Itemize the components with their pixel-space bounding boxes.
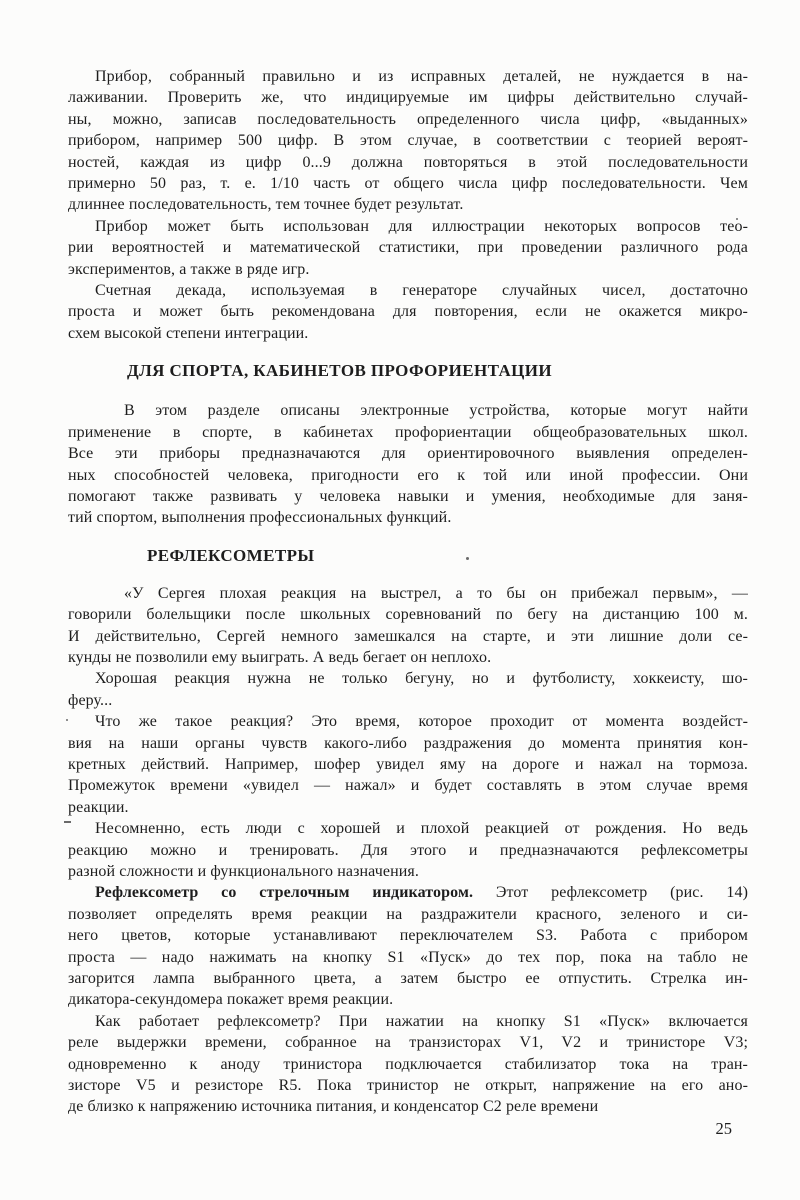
text-line: проста — надо нажимать на кнопку S1 «Пус… bbox=[68, 947, 748, 968]
section-heading-sport: ДЛЯ СПОРТА, КАБИНЕТОВ ПРОФОРИЕНТАЦИИ bbox=[127, 360, 748, 382]
text-line: реакции. bbox=[68, 797, 748, 818]
text-line: вия на наши органы чувств какого-либо ра… bbox=[68, 733, 748, 754]
bold-lead-reflexometer: Рефлексометр со стрелочным индикатором. bbox=[95, 884, 473, 901]
text-line: длиннее последовательность, тем точнее б… bbox=[68, 194, 748, 215]
section-heading-reflexometers: РЕФЛЕКСОМЕТРЫ bbox=[147, 545, 748, 567]
scan-speck bbox=[64, 821, 71, 823]
text-line: де близко к напряжению источника питания… bbox=[68, 1096, 748, 1117]
text-line: разной сложности и функционального назна… bbox=[68, 861, 748, 882]
text-line: лаживании. Проверить же, что индицируемы… bbox=[68, 87, 748, 108]
text-line: В этом разделе описаны электронные устро… bbox=[68, 400, 748, 421]
text-line: экспериментов, а также в ряде игр. bbox=[68, 259, 748, 280]
text-line: него цветов, которые устанавливают перек… bbox=[68, 925, 748, 946]
text-line: ны, можно, записав последовательность оп… bbox=[68, 109, 748, 130]
scan-speck bbox=[466, 557, 469, 560]
text-line: кретных действий. Например, шофер увидел… bbox=[68, 754, 748, 775]
text-column: Прибор, собранный правильно и из исправн… bbox=[68, 66, 748, 1139]
text-line: Что же такое реакция? Это время, которое… bbox=[68, 711, 748, 732]
text-line: реле выдержки времени, собранное на тран… bbox=[68, 1032, 748, 1053]
text-line: проста и может быть рекомендована для по… bbox=[68, 301, 748, 322]
text-line: реакцию можно и тренировать. Для этого и… bbox=[68, 840, 748, 861]
text-line: Хорошая реакция нужна не только бегуну, … bbox=[68, 668, 748, 689]
paragraph-counting-decade: Счетная декада, используемая в генератор… bbox=[68, 280, 748, 344]
paragraph-sport-intro: В этом разделе описаны электронные устро… bbox=[68, 400, 748, 528]
book-page: Прибор, собранный правильно и из исправн… bbox=[0, 0, 800, 1200]
text-line: говорили болельщики после школьных сорев… bbox=[68, 604, 748, 625]
text-line: ностей, каждая из цифр 0...9 должна повт… bbox=[68, 152, 748, 173]
paragraph-sergey-story: «У Сергея плохая реакция на выстрел, а т… bbox=[68, 583, 748, 669]
page-number: 25 bbox=[68, 1118, 748, 1139]
text-line: «У Сергея плохая реакция на выстрел, а т… bbox=[68, 583, 748, 604]
paragraph-how-it-works: Как работает рефлексометр? При нажатии н… bbox=[68, 1011, 748, 1118]
scan-speck bbox=[736, 218, 738, 220]
text-line: И действительно, Сергей немного замешкал… bbox=[68, 626, 748, 647]
text-line: одновременно к аноду тринистора подключа… bbox=[68, 1054, 748, 1075]
paragraph-good-reaction: Хорошая реакция нужна не только бегуну, … bbox=[68, 668, 748, 711]
text-line: позволяет определять время реакции на ра… bbox=[68, 904, 748, 925]
paragraph-reflexometer-description: Рефлексометр со стрелочным индикатором. … bbox=[68, 882, 748, 1010]
text-line: дикатора-секундомера покажет время реакц… bbox=[68, 989, 748, 1010]
text-line: зисторе V5 и резисторе R5. Пока тринисто… bbox=[68, 1075, 748, 1096]
text-line: схем высокой степени интеграции. bbox=[68, 323, 748, 344]
text-line: загорится лампа выбранного цвета, а зате… bbox=[68, 968, 748, 989]
paragraph-device-check: Прибор, собранный правильно и из исправн… bbox=[68, 66, 748, 216]
text-line: прибором, например 500 цифр. В этом случ… bbox=[68, 130, 748, 151]
text-line: рии вероятностей и математической статис… bbox=[68, 237, 748, 258]
text-line: Счетная декада, используемая в генератор… bbox=[68, 280, 748, 301]
text-line: Несомненно, есть люди с хорошей и плохой… bbox=[68, 818, 748, 839]
lead-line-rest: Этот рефлексометр (рис. 14) bbox=[473, 884, 748, 901]
paragraph-what-is-reaction: Что же такое реакция? Это время, которое… bbox=[68, 711, 748, 818]
text-line: применение в спорте, в кабинетах профори… bbox=[68, 422, 748, 443]
text-line: Промежуток времени «увидел — нажал» и бу… bbox=[68, 775, 748, 796]
text-line: Прибор может быть использован для иллюст… bbox=[68, 216, 748, 237]
text-line: Прибор, собранный правильно и из исправн… bbox=[68, 66, 748, 87]
text-line: Как работает рефлексометр? При нажатии н… bbox=[68, 1011, 748, 1032]
text-line: кунды не позволили ему выиграть. А ведь … bbox=[68, 647, 748, 668]
text-line: Рефлексометр со стрелочным индикатором. … bbox=[68, 882, 748, 903]
text-line: примерно 50 раз, т. е. 1/10 часть от общ… bbox=[68, 173, 748, 194]
paragraph-device-uses: Прибор может быть использован для иллюст… bbox=[68, 216, 748, 280]
text-line: ных способностей человека, пригодности е… bbox=[68, 465, 748, 486]
text-line: Все эти приборы предназначаются для орие… bbox=[68, 443, 748, 464]
text-line: феру... bbox=[68, 690, 748, 711]
text-line: помогают также развивать у человека навы… bbox=[68, 486, 748, 507]
scan-speck bbox=[66, 719, 68, 721]
text-line: тий спортом, выполнения профессиональных… bbox=[68, 507, 748, 528]
paragraph-reaction-training: Несомненно, есть люди с хорошей и плохой… bbox=[68, 818, 748, 882]
